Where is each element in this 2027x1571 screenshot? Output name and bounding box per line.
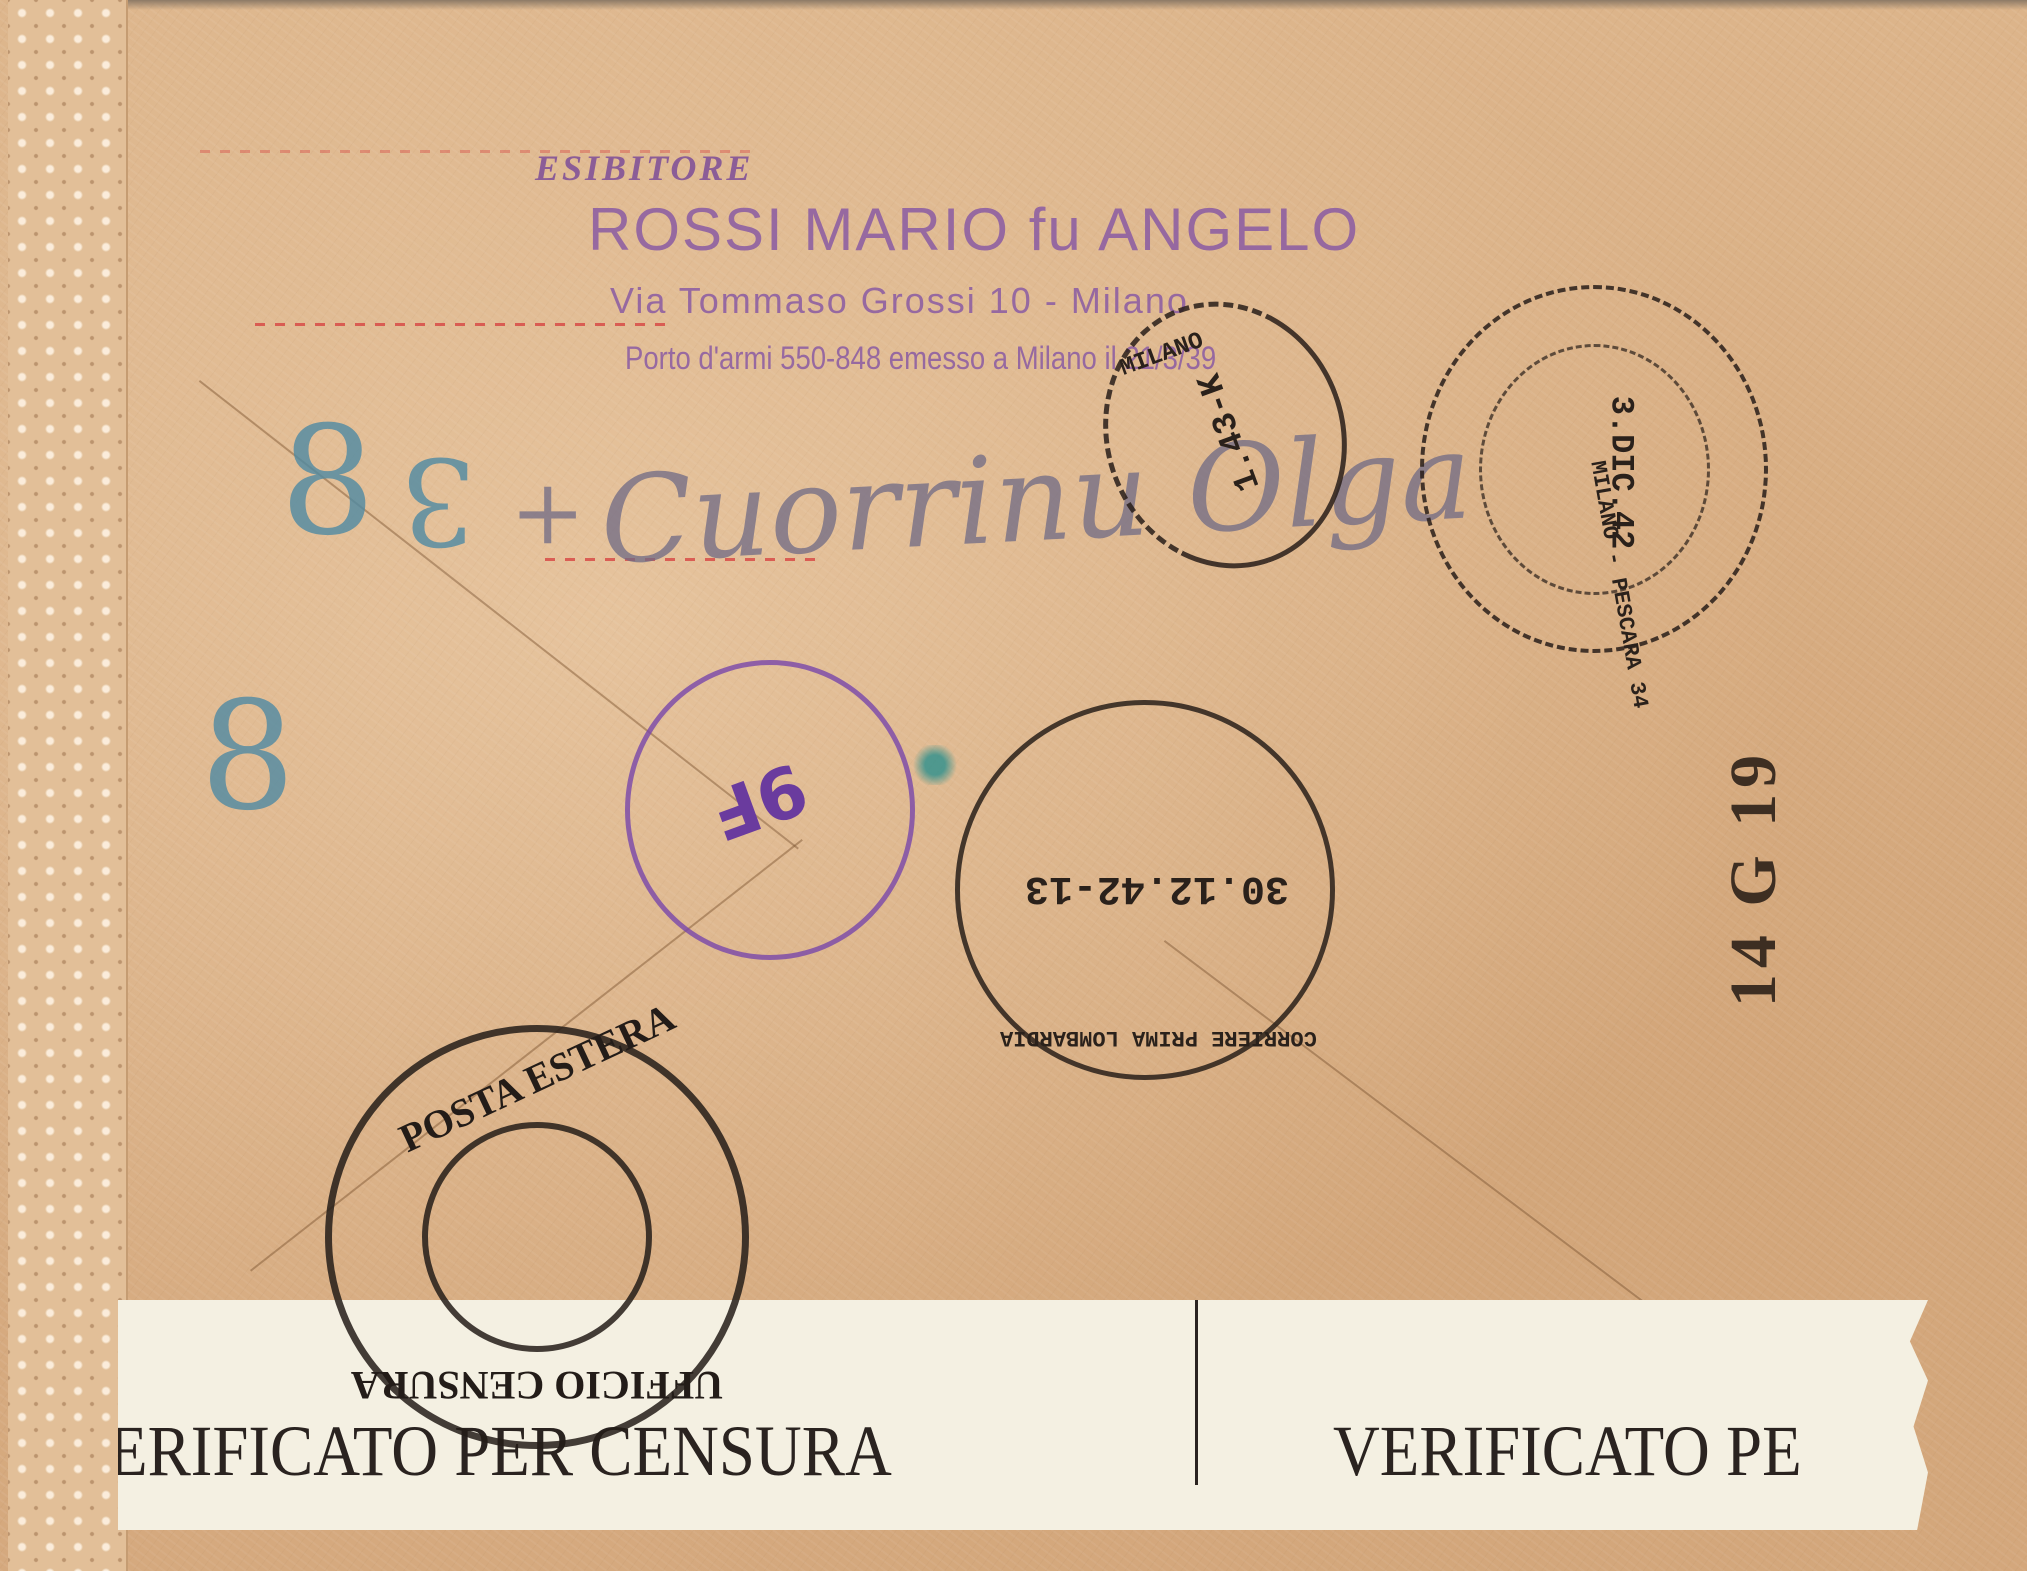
routing-code: 14 G 19 [1716,749,1792,1007]
postmark-pescara-date: 3.DIC.42 [1602,396,1639,550]
postmark-corriere: 30.12.42-13 CORRIERE PRIMA LOMBARDIA [955,700,1335,1080]
red-dashed-line-2 [255,323,675,326]
blue-pencil-mark-8: 8 [280,395,375,569]
envelope-top-edge [120,0,2027,10]
postmark-milano-pescara: MILANO - PESCARA 34 3.DIC.42 [1420,285,1768,653]
blue-pencil-mark-3: 3 [400,430,476,569]
censor-office-stamp: POSTA ESTERA UFFICIO CENSURA [325,1025,749,1449]
censor-tape-text-right: VERIFICATO PE [1333,1410,1873,1493]
postmark-corriere-ring: CORRIERE PRIMA LOMBARDIA [1000,1025,1317,1050]
sender-name: ROSSI MARIO fu ANGELO [588,195,1360,264]
censor-stamp-ring-bottom: UFFICIO CENSURA [332,1362,742,1409]
sender-address: Via Tommaso Grossi 10 - Milano [610,280,1189,322]
left-seal-tape [8,0,128,1571]
postmark-milano-date: 1.43-K [1192,368,1270,496]
postmark-corriere-date: 30.12.42-13 [1025,865,1289,910]
censor-tape-divider [1195,1300,1198,1485]
censor-office-circle-mark: 9F [625,660,915,960]
pencil-cross: + [510,460,585,565]
envelope-back: ESIBITORE ROSSI MARIO fu ANGELO Via Tomm… [0,0,2027,1571]
censor-stamp-center [422,1122,652,1352]
censor-office-code: 9F [699,746,818,856]
blue-pencil-mark-8-lower: 8 [200,670,295,844]
sender-label: ESIBITORE [535,147,753,189]
